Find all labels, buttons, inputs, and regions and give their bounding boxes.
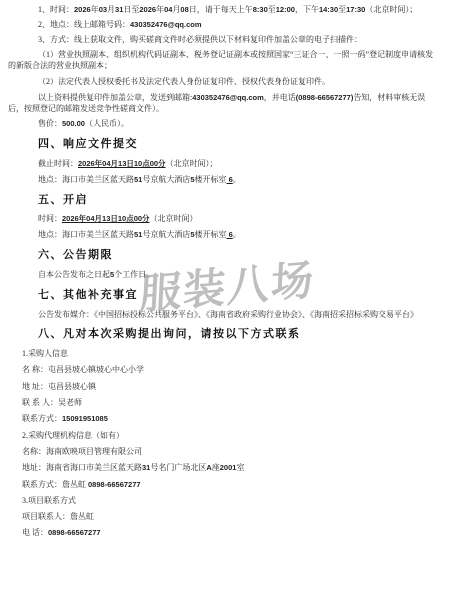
buyer-address-line: 地 址：屯昌县坡心镇 <box>22 382 438 393</box>
project-contact-title: 3.项目联系方式 <box>22 496 438 507</box>
contact-info-block: 1.采购人信息 名 称：屯昌县坡心镇坡心中心小学 地 址：屯昌县坡心镇 联 系 … <box>8 349 438 539</box>
agent-name-line: 名称：海南欧映项目管理有限公司 <box>22 447 438 458</box>
agent-phone-line: 联系方式：詹丛虹 0898-66567277 <box>22 480 438 491</box>
buyer-contact-person-line: 联 系 人：吴老师 <box>22 398 438 409</box>
material-submission-note: 以上资料提供复印件加盖公章，发送到邮箱:430352476@qq.com，并电话… <box>8 93 438 115</box>
buyer-info-title: 1.采购人信息 <box>22 349 438 360</box>
acquisition-method-line: 3、方式：线上获取文件，购买磋商文件时必须提供以下材料复印件加盖公章的电子扫描件… <box>8 35 438 46</box>
publication-media-line: 公告发布媒介：《中国招标投标公共服务平台》、《海南省政府采购行业协会》、《海南招… <box>8 310 438 321</box>
section-5-heading: 五、开启 <box>38 193 438 208</box>
submission-location-line: 地点：海口市美兰区蓝天路51号京航大酒店5楼开标室 6。 <box>8 175 438 186</box>
acquisition-time-line: 1、时间：2026年03月31日至2026年04月08日，请于每天上午8:30至… <box>8 5 438 16</box>
submission-deadline-line: 截止时间：2026年04月13日10点00分（北京时间）； <box>8 159 438 170</box>
project-phone-line: 电 话：0898-66567277 <box>22 528 438 539</box>
agent-address-line: 地址：海南省海口市美兰区蓝天路31号名门广场北区A座2001室 <box>22 463 438 474</box>
section-6-heading: 六、公告期限 <box>38 248 438 263</box>
required-material-2: （2）法定代表人授权委托书及法定代表人身份证复印件、授权代表身份证复印件。 <box>8 77 438 88</box>
project-contact-person-line: 项目联系人：詹丛虹 <box>22 512 438 523</box>
procurement-announcement-page: 1、时间：2026年03月31日至2026年04月08日，请于每天上午8:30至… <box>0 0 450 600</box>
section-4-heading: 四、响应文件提交 <box>38 137 438 152</box>
buyer-phone-line: 联系方式：15091951085 <box>22 414 438 425</box>
section-8-heading: 八、凡对本次采购提出询问，请按以下方式联系 <box>38 327 438 342</box>
opening-time-line: 时间：2026年04月13日10点00分（北京时间） <box>8 214 438 225</box>
opening-location-line: 地点：海口市美兰区蓝天路51号京航大酒店5楼开标室 6。 <box>8 230 438 241</box>
document-price-line: 售价：500.00（人民币）。 <box>8 119 438 130</box>
acquisition-location-line: 2、地点：线上邮箱号码：430352476@qq.com <box>8 20 438 31</box>
section-7-heading: 七、其他补充事宜 <box>38 288 438 303</box>
agent-info-title: 2.采购代理机构信息（如有） <box>22 431 438 442</box>
required-material-1: （1）营业执照副本、组织机构代码证副本、税务登记证副本或按照国家“三证合一、一照… <box>8 50 438 72</box>
announcement-period-line: 自本公告发布之日起5个工作日。 <box>8 270 438 281</box>
buyer-name-line: 名 称：屯昌县坡心镇坡心中心小学 <box>22 365 438 376</box>
